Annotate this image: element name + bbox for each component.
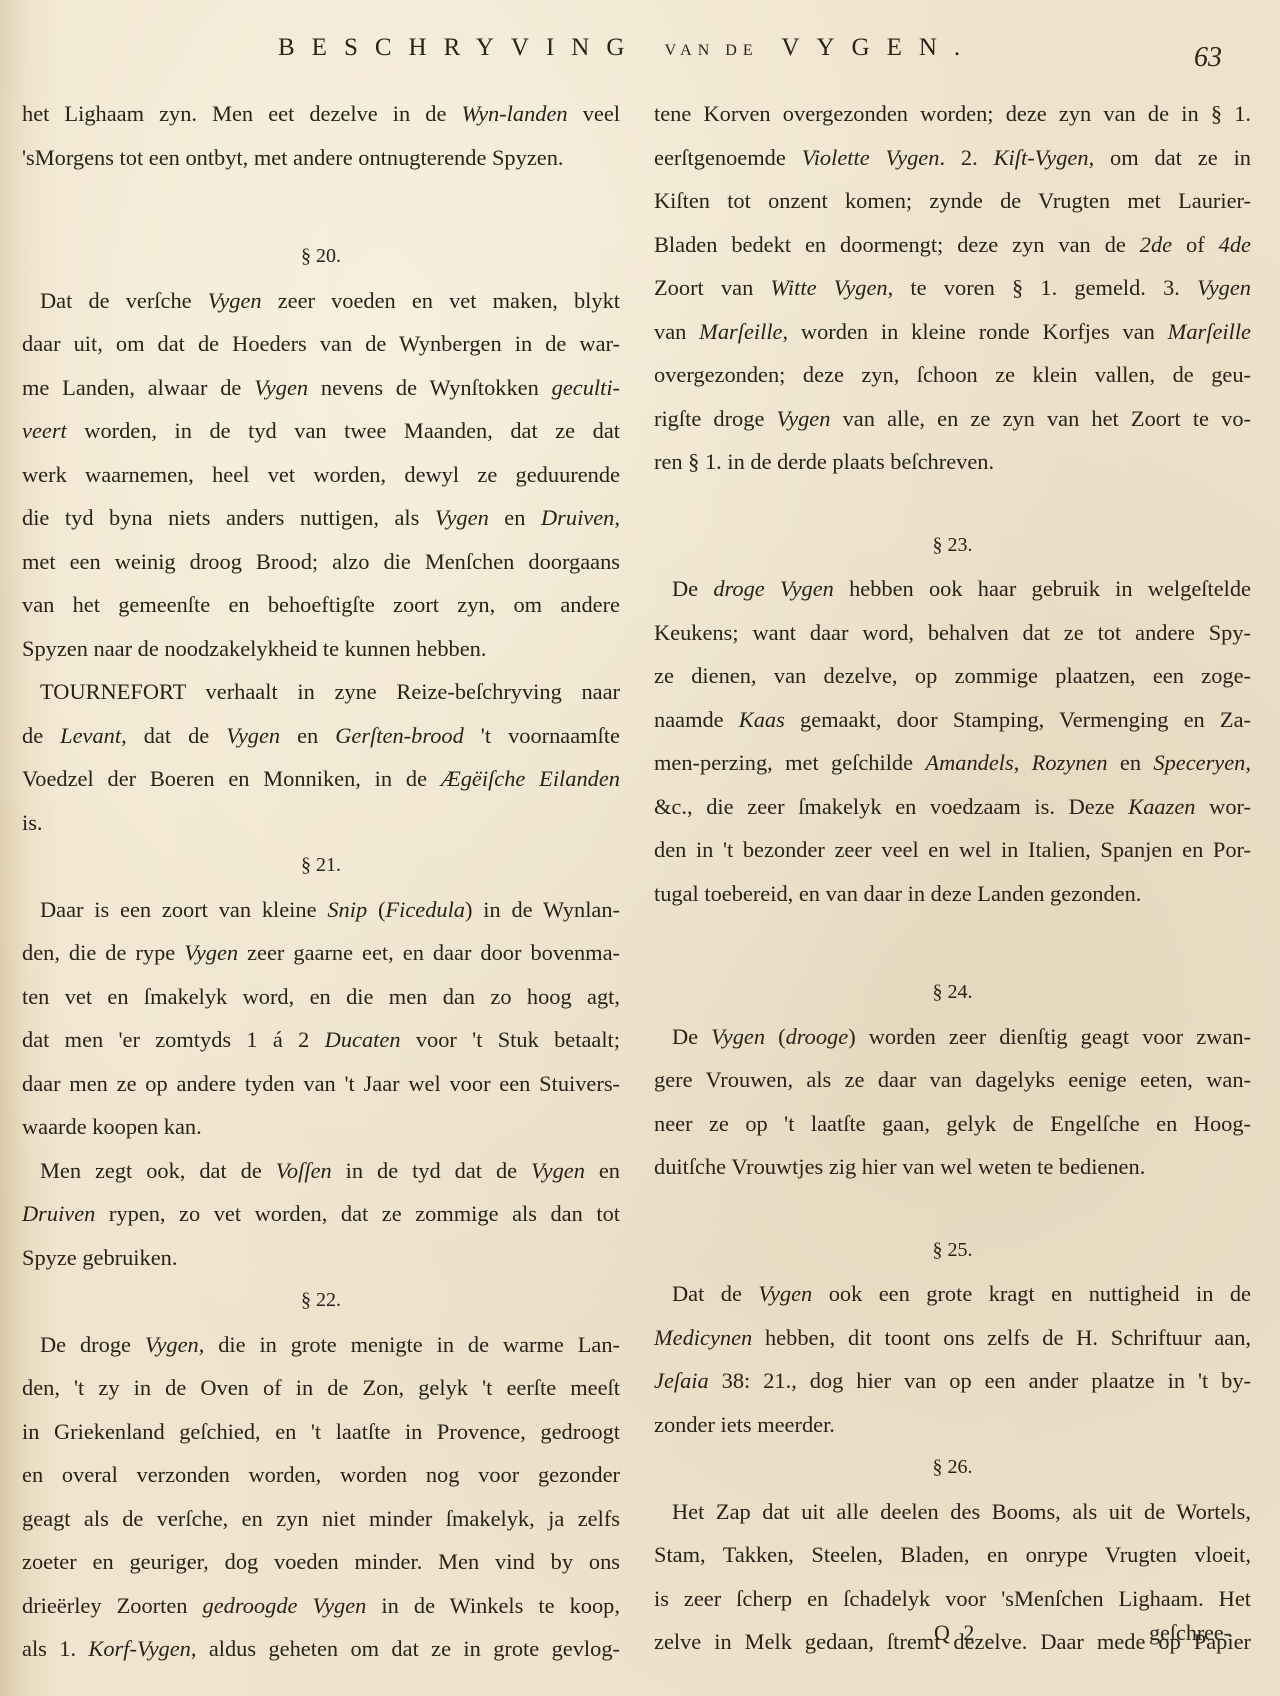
paragraph-s20: Dat de verſche Vygen zeer voeden en vet … <box>22 279 620 671</box>
paragraph-continuation: tene Korven overgezonden worden; deze zy… <box>654 92 1251 484</box>
paragraph-s22: De droge Vygen, die in grote menigte in … <box>22 1323 620 1671</box>
paragraph-s25: Dat de Vygen ook een grote kragt en nutt… <box>654 1272 1251 1446</box>
text-line: het Lighaam zyn. Men eet dezelve in de W… <box>22 92 620 136</box>
text-line: eerſtgenoemde Violette Vygen. 2. Kiſt-Vy… <box>654 136 1251 180</box>
text-line: gere Vrouwen, als ze daar van dagelyks e… <box>654 1058 1251 1102</box>
text-line: zonder iets meerder. <box>654 1403 1251 1447</box>
text-line: dat men 'er zomtyds 1 á 2 Ducaten voor '… <box>22 1018 620 1062</box>
catchword: geſchree- <box>1149 1620 1231 1646</box>
paragraph-vossen: Men zegt ook, dat de Voſſen in de tyd da… <box>22 1149 620 1280</box>
text-line: Jeſaia 38: 21., dog hier van op een ande… <box>654 1359 1251 1403</box>
text-line: &c., die zeer ſmakelyk en voedzaam is. D… <box>654 785 1251 829</box>
text-line: is zeer ſcherp en ſchadelyk voor 'sMenſc… <box>654 1577 1251 1621</box>
text-line: Zoort van Witte Vygen, te voren § 1. gem… <box>654 266 1251 310</box>
section-heading-21: § 21. <box>22 844 620 888</box>
text-line: Kiſten tot onzent komen; zynde de Vrugte… <box>654 179 1251 223</box>
running-head-title: BESCHRYVING VAN DE VYGEN. <box>278 34 977 62</box>
section-heading-20: § 20. <box>22 235 620 279</box>
text-line: me Landen, alwaar de Vygen nevens de Wyn… <box>22 366 620 410</box>
paragraph-tournefort: TOURNEFORT verhaalt in zyne Reize-beſchr… <box>22 670 620 844</box>
text-line: duitſche Vrouwtjes zig hier van wel wete… <box>654 1145 1251 1189</box>
text-line: Voedzel der Boeren en Monniken, in de Æg… <box>22 757 620 801</box>
text-line: Spyze gebruiken. <box>22 1236 620 1280</box>
section-heading-22: § 22. <box>22 1279 620 1323</box>
text-line: Daar is een zoort van kleine Snip (Ficed… <box>22 888 620 932</box>
text-line: Keukens; want daar word, behalven dat ze… <box>654 611 1251 655</box>
text-line: van het gemeenſte en behoeftigſte zoort … <box>22 583 620 627</box>
page-number: 63 <box>1194 42 1222 74</box>
book-page: BESCHRYVING VAN DE VYGEN. 63 het Lighaam… <box>0 0 1280 1696</box>
text-line: zoeter en geuriger, dog voeden minder. M… <box>22 1540 620 1584</box>
text-line: tugal toebereid, en van daar in deze Lan… <box>654 872 1251 916</box>
text-line: Dat de Vygen ook een grote kragt en nutt… <box>654 1272 1251 1316</box>
text-line: rigſte droge Vygen van alle, en ze zyn v… <box>654 397 1251 441</box>
text-line: TOURNEFORT verhaalt in zyne Reize-beſchr… <box>22 670 620 714</box>
text-line: Stam, Takken, Steelen, Bladen, en onrype… <box>654 1533 1251 1577</box>
text-line: den in 't bezonder zeer veel en wel in I… <box>654 828 1251 872</box>
text-line: geagt als de verſche, en zyn niet minder… <box>22 1497 620 1541</box>
text-line: De droge Vygen hebben ook haar gebruik i… <box>654 567 1251 611</box>
text-line: is. <box>22 801 620 845</box>
text-line: werk waarnemen, heel vet worden, dewyl z… <box>22 453 620 497</box>
signature-mark: Q 2 <box>934 1620 978 1646</box>
text-line: de Levant, dat de Vygen en Gerſten-brood… <box>22 714 620 758</box>
text-line: De Vygen (drooge) worden zeer dienſtig g… <box>654 1015 1251 1059</box>
paragraph-s21: Daar is een zoort van kleine Snip (Ficed… <box>22 888 620 1149</box>
text-line: ze dienen, van dezelve, op zommige plaat… <box>654 654 1251 698</box>
text-line: daar men ze op andere tyden van 't Jaar … <box>22 1062 620 1106</box>
page-footer: Q 2 geſchree- <box>654 1620 1251 1660</box>
text-line: die tyd byna niets anders nuttigen, als … <box>22 496 620 540</box>
text-line: men-perzing, met geſchilde Amandels, Roz… <box>654 741 1251 785</box>
text-line: neer ze op 't laatſte gaan, gelyk de Eng… <box>654 1102 1251 1146</box>
text-line: veert worden, in de tyd van twee Maanden… <box>22 409 620 453</box>
paragraph-s23: De droge Vygen hebben ook haar gebruik i… <box>654 567 1251 915</box>
text-line: ren § 1. in de derde plaats beſchreven. <box>654 440 1251 484</box>
text-line: Bladen bedekt en doormengt; deze zyn van… <box>654 223 1251 267</box>
text-line: Medicynen hebben, dit toont ons zelfs de… <box>654 1316 1251 1360</box>
running-head: BESCHRYVING VAN DE VYGEN. 63 <box>0 34 1280 74</box>
text-line: overgezonden; deze zyn, ſchoon ze klein … <box>654 353 1251 397</box>
section-heading-24: § 24. <box>654 971 1251 1015</box>
text-line: daar uit, om dat de Hoeders van de Wynbe… <box>22 322 620 366</box>
section-heading-25: § 25. <box>654 1229 1251 1273</box>
text-line: Spyzen naar de noodzakelykheid te kunnen… <box>22 627 620 671</box>
text-line: Dat de verſche Vygen zeer voeden en vet … <box>22 279 620 323</box>
text-line: Druiven rypen, zo vet worden, dat ze zom… <box>22 1192 620 1236</box>
paragraph-s24: De Vygen (drooge) worden zeer dienſtig g… <box>654 1015 1251 1189</box>
right-column: tene Korven overgezonden worden; deze zy… <box>654 92 1251 1664</box>
running-head-title-part2: VAN DE <box>665 42 759 59</box>
paragraph-continuation: het Lighaam zyn. Men eet dezelve in de W… <box>22 92 620 179</box>
text-line: waarde koopen kan. <box>22 1105 620 1149</box>
text-line: met een weinig droog Brood; alzo die Men… <box>22 540 620 584</box>
text-line: Men zegt ook, dat de Voſſen in de tyd da… <box>22 1149 620 1193</box>
text-line: tene Korven overgezonden worden; deze zy… <box>654 92 1251 136</box>
text-line: ten vet en ſmakelyk word, en die men dan… <box>22 975 620 1019</box>
text-line: Het Zap dat uit alle deelen des Booms, a… <box>654 1490 1251 1534</box>
text-line: als 1. Korf-Vygen, aldus geheten om dat … <box>22 1627 620 1671</box>
text-line: drieërley Zoorten gedroogde Vygen in de … <box>22 1584 620 1628</box>
text-line: van Marſeille, worden in kleine ronde Ko… <box>654 310 1251 354</box>
section-heading-26: § 26. <box>654 1446 1251 1490</box>
text-line: den, 't zy in de Oven of in de Zon, gely… <box>22 1366 620 1410</box>
text-line: en overal verzonden worden, worden nog v… <box>22 1453 620 1497</box>
section-heading-23: § 23. <box>654 524 1251 568</box>
text-line: in Griekenland geſchied, en 't laatſte i… <box>22 1410 620 1454</box>
left-column: het Lighaam zyn. Men eet dezelve in de W… <box>22 92 620 1671</box>
running-head-title-part1: BESCHRYVING <box>278 34 641 61</box>
text-line: 'sMorgens tot een ontbyt, met andere ont… <box>22 136 620 180</box>
text-line: De droge Vygen, die in grote menigte in … <box>22 1323 620 1367</box>
text-line: den, die de rype Vygen zeer gaarne eet, … <box>22 931 620 975</box>
running-head-title-part3: VYGEN. <box>781 34 977 61</box>
text-line: naamde Kaas gemaakt, door Stamping, Verm… <box>654 698 1251 742</box>
